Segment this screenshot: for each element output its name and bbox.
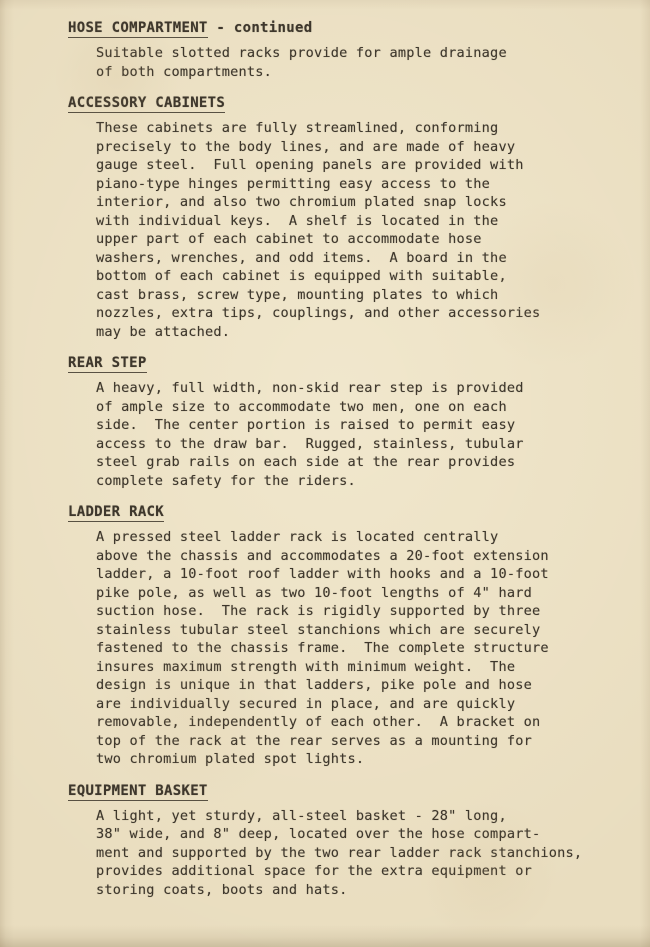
section-body: A pressed steel ladder rack is located c… [96, 528, 614, 769]
section-body: A heavy, full width, non-skid rear step … [96, 379, 614, 490]
section-heading: REAR STEP [68, 354, 614, 373]
section-heading-text: HOSE COMPARTMENT [68, 20, 208, 38]
section-heading-text: LADDER RACK [68, 504, 164, 522]
section-heading-suffix: - continued [208, 20, 313, 36]
scanned-document-page: HOSE COMPARTMENT - continued Suitable sl… [0, 0, 650, 947]
section-hose-compartment: HOSE COMPARTMENT - continued Suitable sl… [68, 19, 614, 81]
section-heading: LADDER RACK [68, 503, 614, 522]
section-rear-step: REAR STEP A heavy, full width, non-skid … [68, 354, 614, 490]
section-accessory-cabinets: ACCESSORY CABINETS These cabinets are fu… [68, 94, 614, 341]
section-heading: HOSE COMPARTMENT - continued [68, 19, 614, 38]
section-body: These cabinets are fully streamlined, co… [96, 119, 614, 341]
section-body: A light, yet sturdy, all-steel basket - … [96, 807, 614, 900]
section-heading: ACCESSORY CABINETS [68, 94, 614, 113]
section-ladder-rack: LADDER RACK A pressed steel ladder rack … [68, 503, 614, 769]
section-heading-text: REAR STEP [68, 355, 147, 373]
section-body: Suitable slotted racks provide for ample… [96, 44, 614, 81]
section-heading-text: ACCESSORY CABINETS [68, 95, 225, 113]
section-heading-text: EQUIPMENT BASKET [68, 783, 208, 801]
section-heading: EQUIPMENT BASKET [68, 782, 614, 801]
section-equipment-basket: EQUIPMENT BASKET A light, yet sturdy, al… [68, 782, 614, 900]
